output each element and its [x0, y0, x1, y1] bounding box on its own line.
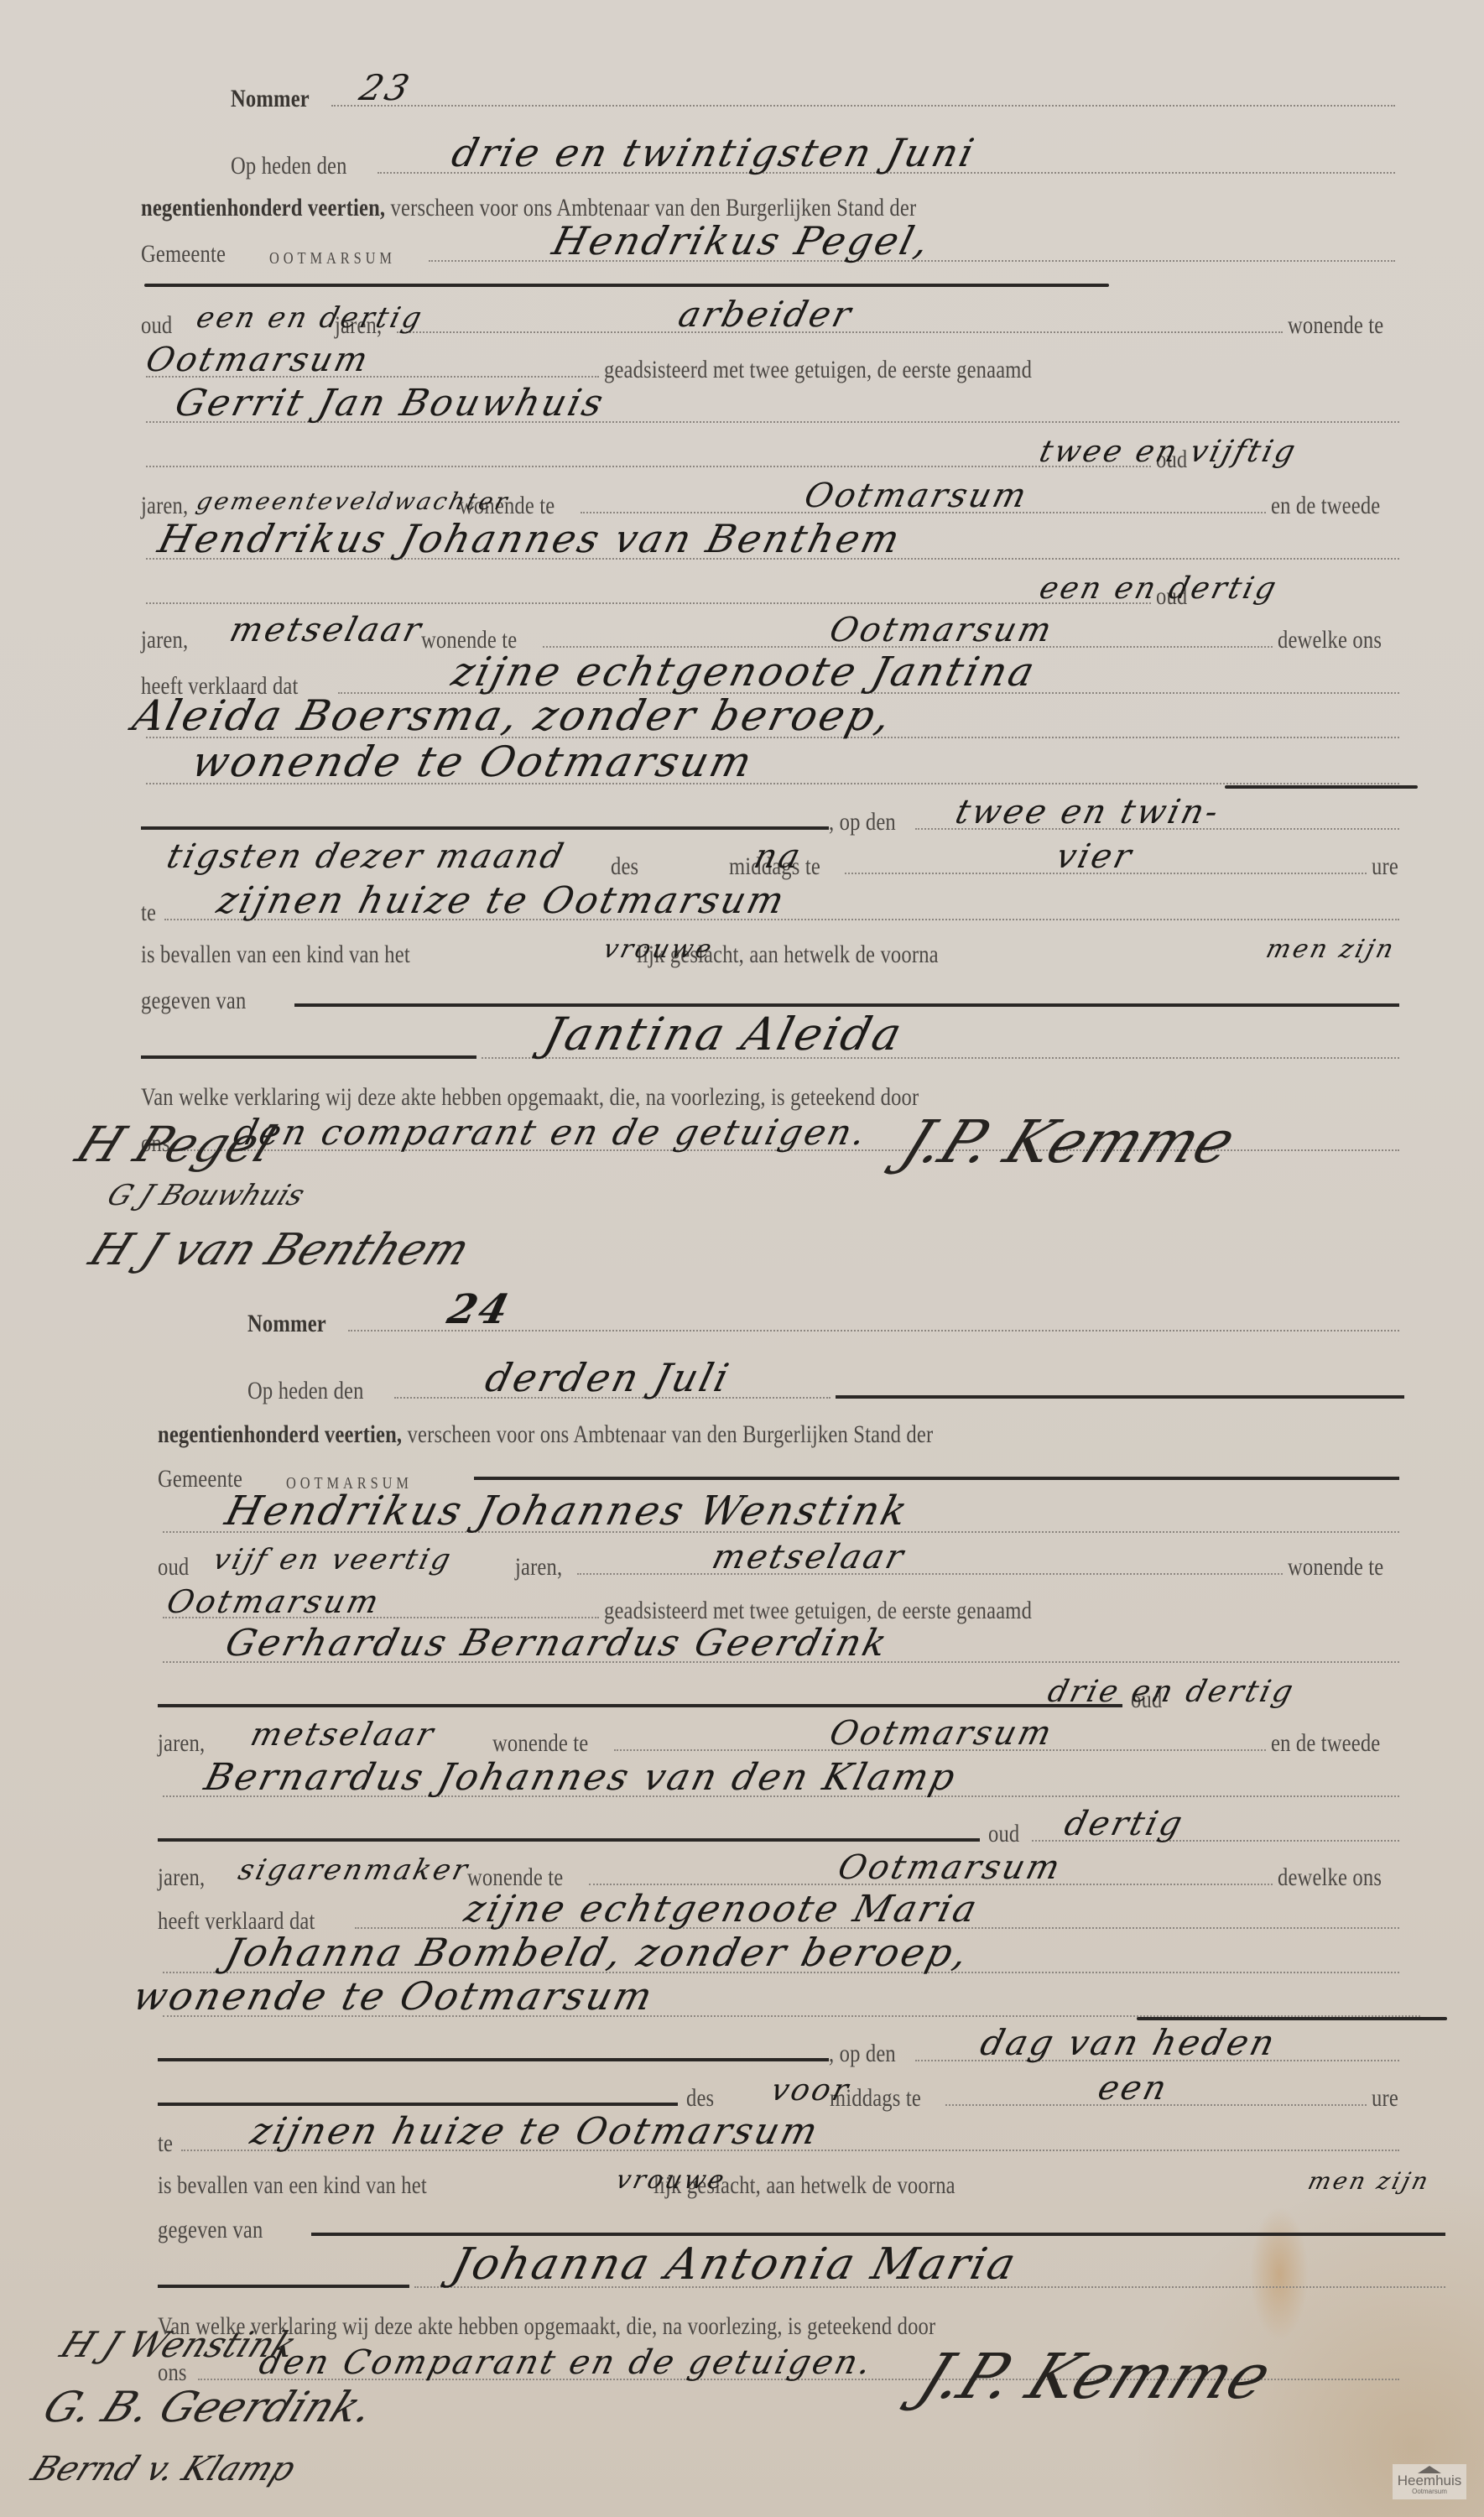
fill-rule	[1225, 785, 1418, 789]
wonende-label: wonende te	[1288, 1553, 1383, 1582]
witness1-age-line: oud drie en dertig	[0, 1672, 1484, 1714]
watermark-sub: Ootmarsum	[1393, 2488, 1466, 2495]
birth-place-line: te zijnen huize te Ootmarsum	[0, 885, 1484, 927]
sex-line: is bevallen van een kind van het lijk ge…	[0, 2158, 1484, 2200]
child-sex: vrouwe	[601, 935, 717, 964]
nommer-line: Nommer 23	[0, 71, 1484, 113]
witness1-age: drie en dertig	[1044, 1675, 1299, 1709]
year-text: negentienhonderd veertien,	[158, 1420, 402, 1448]
witness1-name: Gerhardus Bernardus Geerdink	[221, 1622, 893, 1665]
declarant-residence: Ootmarsum	[142, 341, 374, 379]
witness2-age: dertig	[1060, 1805, 1188, 1843]
op-den-label: , op den	[829, 2040, 896, 2068]
record-number: 24	[443, 1286, 516, 1333]
birth-date-line: , op den twee en twin-	[0, 795, 1484, 836]
signature-official: J.P. Kemme	[909, 2341, 1282, 2413]
witness2-age: een en dertig	[1036, 571, 1282, 606]
signature-witness1: G. B. Geerdink.	[36, 2383, 381, 2431]
fill-rule	[1137, 2017, 1447, 2020]
signed-by: den Comparant en de getuigen.	[255, 2343, 877, 2382]
signature-declarant: H J Wenstink	[55, 2324, 303, 2365]
child-name-line: Johanna Antonia Maria	[0, 2253, 1484, 2295]
witness2-age-line: oud een en dertig	[0, 569, 1484, 611]
witness1-name-line: Gerrit Jan Bouwhuis	[0, 388, 1484, 430]
ure-label: ure	[1372, 852, 1398, 881]
record-number: 23	[356, 67, 416, 108]
date-value: derden Juli	[481, 1355, 736, 1400]
jaren-label: jaren,	[515, 1553, 562, 1582]
gemeente-label: Gemeente	[158, 1465, 242, 1493]
statement-text-1: zijne echtgenoote Maria	[461, 1888, 984, 1931]
birth-place-line: te zijnen huize te Ootmarsum	[0, 2116, 1484, 2158]
te-label: te	[158, 2129, 173, 2158]
am-pm: na	[750, 837, 806, 876]
fill-rule	[144, 284, 1109, 287]
year-line: negentienhonderd veertien, verscheen voo…	[0, 1407, 1484, 1449]
birth-hour: vier	[1052, 837, 1138, 876]
statement-text-2: Aleida Boersma, zonder beroep,	[128, 691, 898, 740]
signature-declarant: H Pegel	[68, 1116, 284, 1173]
bevallen-pre-text: is bevallen van een kind van het	[158, 2171, 427, 2200]
am-pm: voor	[768, 2073, 854, 2108]
year-text: negentienhonderd veertien,	[141, 194, 385, 221]
jaren-label: jaren,	[158, 1729, 205, 1758]
witness2-occupation: sigarenmaker	[235, 1853, 473, 1887]
witness2-occ-line: jaren, wonende te dewelke ons sigarenmak…	[0, 1850, 1484, 1892]
witness1-age: twee en vijftig	[1036, 435, 1301, 469]
oud-label: oud	[158, 1553, 189, 1582]
dewelke-ons-label: dewelke ons	[1278, 626, 1382, 654]
witness2-name-line: Hendrikus Johannes van Benthem	[0, 524, 1484, 566]
birth-time-line: des middags te ure tigsten dezer maand n…	[0, 839, 1484, 881]
child-name-line: Jantina Aleida	[0, 1024, 1484, 1066]
closing-text: Van welke verklaring wij deze akte hebbe…	[141, 1083, 919, 1112]
geadsisteerd-text: geadsisteerd met twee getuigen, de eerst…	[604, 1597, 1032, 1625]
age-occupation-line: oud jaren, wonende te een en dertig arbe…	[0, 298, 1484, 340]
verscheen-text: verscheen voor ons Ambtenaar van den Bur…	[408, 1420, 934, 1448]
residence-line: geadsisteerd met twee getuigen, de eerst…	[0, 1583, 1484, 1625]
closing-line: Van welke verklaring wij deze akte hebbe…	[0, 1070, 1484, 1112]
age-occupation-line: oud jaren, wonende te vijf en veertig me…	[0, 1540, 1484, 1582]
statement-text-3: wonende te Ootmarsum	[187, 737, 759, 786]
birth-date-1: dag van heden	[976, 2022, 1281, 2063]
witness1-occupation: gemeenteveldwachter	[194, 487, 513, 515]
witness1-residence: Ootmarsum	[800, 477, 1033, 515]
declarant-age: een en dertig	[193, 301, 427, 335]
statement-text-3: wonende te Ootmarsum	[128, 1973, 659, 2019]
wonende-label: wonende te	[1288, 311, 1383, 340]
declarant-occupation: arbeider	[674, 294, 857, 335]
statement-text-1: zijne echtgenoote Jantina	[447, 649, 1041, 696]
witness2-name-line: Bernardus Johannes van den Klamp	[0, 1762, 1484, 1804]
dewelke-ons-label: dewelke ons	[1278, 1863, 1382, 1892]
child-name: Johanna Antonia Maria	[447, 2239, 1023, 2290]
year-line: negentienhonderd veertien, verscheen voo…	[0, 180, 1484, 222]
op-heden-label: Op heden den	[247, 1377, 364, 1405]
nommer-line: Nommer 24	[0, 1296, 1484, 1338]
witness1-residence: Ootmarsum	[825, 1714, 1058, 1753]
des-label: des	[611, 852, 638, 881]
sex-line: is bevallen van een kind van het lijk ge…	[0, 927, 1484, 969]
ure-label: ure	[1372, 2084, 1398, 2113]
voornamen-suffix: men zijn	[1263, 935, 1399, 964]
signature-witness1: G J Bouwhuis	[102, 1179, 310, 1212]
gegeven-line: gegeven van	[0, 2202, 1484, 2244]
te-label: te	[141, 899, 156, 927]
bevallen-pre-text: is bevallen van een kind van het	[141, 941, 410, 969]
des-label: des	[686, 2084, 714, 2113]
witness1-name: Gerrit Jan Bouwhuis	[171, 382, 610, 425]
witness1-occ-line: jaren, wonende te en de tweede metselaar…	[0, 1716, 1484, 1758]
witness1-name-line: Gerhardus Bernardus Geerdink	[0, 1628, 1484, 1670]
residence-line: geadsisteerd met twee getuigen, de eerst…	[0, 342, 1484, 384]
witness1-age-line: oud twee en vijftig	[0, 432, 1484, 474]
wonende-label: wonende te	[492, 1729, 588, 1758]
op-den-label: , op den	[829, 808, 896, 836]
birth-hour: een	[1094, 2069, 1173, 2108]
signed-by: den comparant en de getuigen.	[230, 1112, 872, 1153]
child-sex: vrouwe	[613, 2165, 730, 2195]
witness2-name: Bernardus Johannes van den Klamp	[200, 1756, 962, 1799]
register-page: Nommer 23 Op heden den drie en twintigst…	[0, 0, 1484, 2517]
heemhuis-watermark-logo: Heemhuis Ootmarsum	[1393, 2464, 1466, 2499]
gemeente-value: OOTMARSUM	[269, 249, 396, 268]
declarant-line: Hendrikus Johannes Wenstink	[0, 1498, 1484, 1540]
gemeente-line: Gemeente OOTMARSUM Hendrikus Pegel,	[0, 227, 1484, 268]
op-heden-label: Op heden den	[231, 152, 347, 180]
birth-date-2: tigsten dezer maand	[163, 837, 570, 876]
witness1-occ-line: jaren, wonende te en de tweede gemeentev…	[0, 478, 1484, 520]
en-de-tweede-label: en de tweede	[1271, 1729, 1380, 1758]
witness1-occupation: metselaar	[247, 1716, 440, 1753]
date-value: drie en twintigsten Juni	[447, 130, 981, 175]
date-line: Op heden den drie en twintigsten Juni	[0, 138, 1484, 180]
oud-label: oud	[988, 1820, 1019, 1848]
jaren-label: jaren,	[158, 1863, 205, 1892]
voornamen-suffix: men zijn	[1305, 2167, 1434, 2195]
witness2-name: Hendrikus Johannes van Benthem	[154, 516, 906, 561]
gemeente-label: Gemeente	[141, 240, 226, 268]
child-name: Jantina Aleida	[539, 1008, 909, 1060]
declarant-age: vijf en veertig	[210, 1543, 456, 1576]
signature-witness2: H J van Benthem	[82, 1225, 477, 1275]
statement-text-2: Johanna Bombeld, zonder beroep,	[221, 1930, 975, 1975]
birth-date-1: twee en twin-	[951, 793, 1224, 831]
declarant-name: Hendrikus Johannes Wenstink	[221, 1488, 914, 1535]
signature-official: J.P. Kemme	[892, 1107, 1245, 1176]
birth-time-line: des middags te ure voor een	[0, 2071, 1484, 2113]
birth-place: zijnen huize te Ootmarsum	[213, 879, 791, 922]
signature-witness2: Bernd v. Klamp	[26, 2450, 301, 2488]
jaren-label: jaren,	[141, 626, 188, 654]
witness2-occupation: metselaar	[226, 611, 427, 649]
geadsisteerd-text: geadsisteerd met twee getuigen, de eerst…	[604, 356, 1032, 384]
watermark-name: Heemhuis	[1393, 2473, 1466, 2488]
birth-place: zijnen huize te Ootmarsum	[247, 2110, 825, 2153]
gegeven-van-label: gegeven van	[158, 2216, 263, 2244]
witness2-residence: Ootmarsum	[834, 1848, 1066, 1887]
nommer-label: Nommer	[231, 85, 310, 113]
witness2-age-line: oud dertig	[0, 1806, 1484, 1848]
witness2-residence: Ootmarsum	[825, 611, 1058, 649]
gegeven-van-label: gegeven van	[141, 987, 246, 1015]
declarant-name: Hendrikus Pegel,	[548, 218, 935, 263]
date-line: Op heden den derden Juli	[0, 1363, 1484, 1405]
birth-date-line: , op den dag van heden	[0, 2026, 1484, 2068]
nommer-label: Nommer	[247, 1310, 326, 1338]
declarant-occupation: metselaar	[708, 1538, 909, 1576]
en-de-tweede-label: en de tweede	[1271, 492, 1380, 520]
declarant-residence: Ootmarsum	[164, 1583, 385, 1620]
oud-label: oud	[141, 311, 172, 340]
